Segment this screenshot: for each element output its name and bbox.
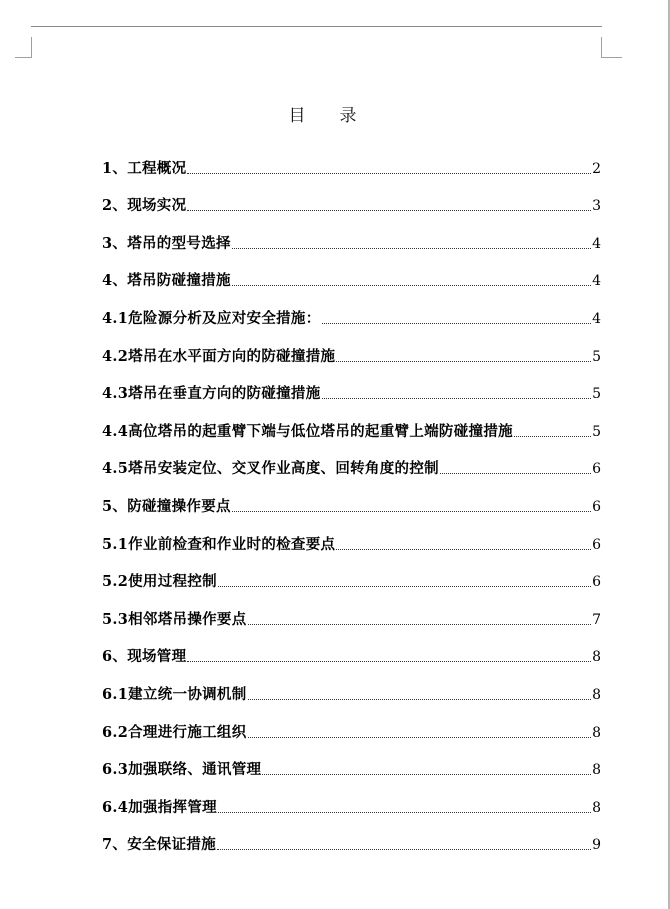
toc-dot-leader	[262, 774, 591, 775]
toc-entry-label[interactable]: 6、现场管理	[102, 648, 186, 666]
toc-dot-leader	[187, 661, 591, 662]
toc-dot-leader	[187, 210, 591, 211]
toc-dot-leader	[232, 248, 591, 249]
toc-entry[interactable]: 4.4高位塔吊的起重臂下端与低位塔吊的起重臂上端防碰撞措施5	[102, 403, 601, 441]
toc-entry-page-number: 8	[592, 761, 601, 779]
toc-entry[interactable]: 6.2合理进行施工组织8	[102, 704, 601, 742]
crop-mark-right-horizontal	[601, 57, 622, 58]
toc-entry[interactable]: 7、安全保证措施9	[102, 817, 601, 855]
toc-entry-label[interactable]: 6.4加强指挥管理	[102, 799, 217, 817]
toc-entry-label[interactable]: 5.3相邻塔吊操作要点	[102, 611, 247, 629]
toc-dot-leader	[232, 285, 591, 286]
toc-dot-leader	[514, 436, 591, 437]
toc-entry[interactable]: 6、现场管理8	[102, 629, 601, 667]
toc-dot-leader	[248, 699, 592, 700]
toc-title: 目录	[0, 101, 645, 126]
table-of-contents: 1、工程概况22、现场实况33、塔吊的型号选择44、塔吊防碰撞措施44.1危险源…	[102, 140, 601, 854]
toc-dot-leader	[440, 473, 591, 474]
toc-entry-label[interactable]: 4.3塔吊在垂直方向的防碰撞措施	[102, 385, 321, 403]
toc-entry-page-number: 7	[592, 611, 601, 629]
toc-title-char-1: 目	[289, 101, 306, 126]
toc-entry-label[interactable]: 4、塔吊防碰撞措施	[102, 272, 231, 290]
toc-entry[interactable]: 4.1危险源分析及应对安全措施：4	[102, 290, 601, 328]
toc-entry-page-number: 6	[592, 498, 601, 516]
toc-entry-label[interactable]: 5.2使用过程控制	[102, 573, 217, 591]
toc-dot-leader	[217, 849, 591, 850]
toc-entry-label[interactable]: 2、现场实况	[102, 197, 186, 215]
toc-entry-page-number: 5	[592, 348, 601, 366]
toc-dot-leader	[218, 586, 591, 587]
toc-entry[interactable]: 4.2塔吊在水平面方向的防碰撞措施5	[102, 328, 601, 366]
toc-entry[interactable]: 6.3加强联络、通讯管理8	[102, 742, 601, 780]
toc-entry-label[interactable]: 1、工程概况	[102, 160, 186, 178]
toc-entry-page-number: 4	[592, 310, 601, 328]
toc-entry-page-number: 6	[592, 573, 601, 591]
toc-entry-page-number: 2	[592, 160, 601, 178]
toc-dot-leader	[232, 511, 591, 512]
toc-dot-leader	[187, 173, 591, 174]
toc-dot-leader	[248, 737, 592, 738]
toc-entry-label[interactable]: 4.5塔吊安装定位、交叉作业高度、回转角度的控制	[102, 460, 439, 478]
toc-entry[interactable]: 5.3相邻塔吊操作要点7	[102, 591, 601, 629]
toc-entry-label[interactable]: 4.2塔吊在水平面方向的防碰撞措施	[102, 348, 335, 366]
toc-entry-label[interactable]: 5、防碰撞操作要点	[102, 498, 231, 516]
toc-entry[interactable]: 1、工程概况2	[102, 140, 601, 178]
crop-mark-right-vertical	[601, 37, 602, 58]
toc-dot-leader	[322, 323, 592, 324]
toc-entry[interactable]: 5、防碰撞操作要点6	[102, 478, 601, 516]
toc-entry-page-number: 8	[592, 648, 601, 666]
toc-entry[interactable]: 4.3塔吊在垂直方向的防碰撞措施5	[102, 366, 601, 404]
toc-entry-label[interactable]: 7、安全保证措施	[102, 836, 216, 854]
toc-entry[interactable]: 5.1作业前检查和作业时的检查要点6	[102, 516, 601, 554]
toc-entry-page-number: 6	[592, 536, 601, 554]
toc-entry[interactable]: 4.5塔吊安装定位、交叉作业高度、回转角度的控制6	[102, 441, 601, 479]
toc-dot-leader	[336, 361, 591, 362]
toc-title-char-2: 录	[340, 101, 357, 126]
toc-entry-label[interactable]: 5.1作业前检查和作业时的检查要点	[102, 536, 335, 554]
toc-dot-leader	[322, 398, 592, 399]
toc-entry-page-number: 8	[592, 686, 601, 704]
toc-entry-label[interactable]: 6.3加强联络、通讯管理	[102, 761, 261, 779]
toc-entry-page-number: 3	[592, 197, 601, 215]
toc-entry-page-number: 4	[592, 272, 601, 290]
toc-dot-leader	[336, 549, 591, 550]
toc-entry[interactable]: 6.1建立统一协调机制8	[102, 666, 601, 704]
toc-entry-page-number: 8	[592, 799, 601, 817]
toc-entry-label[interactable]: 6.2合理进行施工组织	[102, 724, 247, 742]
toc-entry-label[interactable]: 3、塔吊的型号选择	[102, 235, 231, 253]
toc-entry-label[interactable]: 4.4高位塔吊的起重臂下端与低位塔吊的起重臂上端防碰撞措施	[102, 423, 513, 441]
toc-dot-leader	[248, 624, 592, 625]
crop-mark-left-horizontal	[15, 57, 32, 58]
toc-entry[interactable]: 2、现场实况3	[102, 178, 601, 216]
toc-entry[interactable]: 3、塔吊的型号选择4	[102, 215, 601, 253]
toc-entry[interactable]: 4、塔吊防碰撞措施4	[102, 253, 601, 291]
toc-entry-page-number: 6	[592, 460, 601, 478]
toc-entry-page-number: 5	[592, 423, 601, 441]
toc-entry-page-number: 8	[592, 724, 601, 742]
toc-entry-label[interactable]: 6.1建立统一协调机制	[102, 686, 247, 704]
toc-entry[interactable]: 6.4加强指挥管理8	[102, 779, 601, 817]
toc-entry-page-number: 5	[592, 385, 601, 403]
header-divider-line	[31, 26, 602, 27]
toc-entry[interactable]: 5.2使用过程控制6	[102, 554, 601, 592]
toc-entry-page-number: 9	[592, 836, 601, 854]
toc-entry-label[interactable]: 4.1危险源分析及应对安全措施：	[102, 310, 321, 328]
toc-entry-page-number: 4	[592, 235, 601, 253]
crop-mark-left-vertical	[31, 37, 32, 58]
toc-dot-leader	[218, 812, 591, 813]
